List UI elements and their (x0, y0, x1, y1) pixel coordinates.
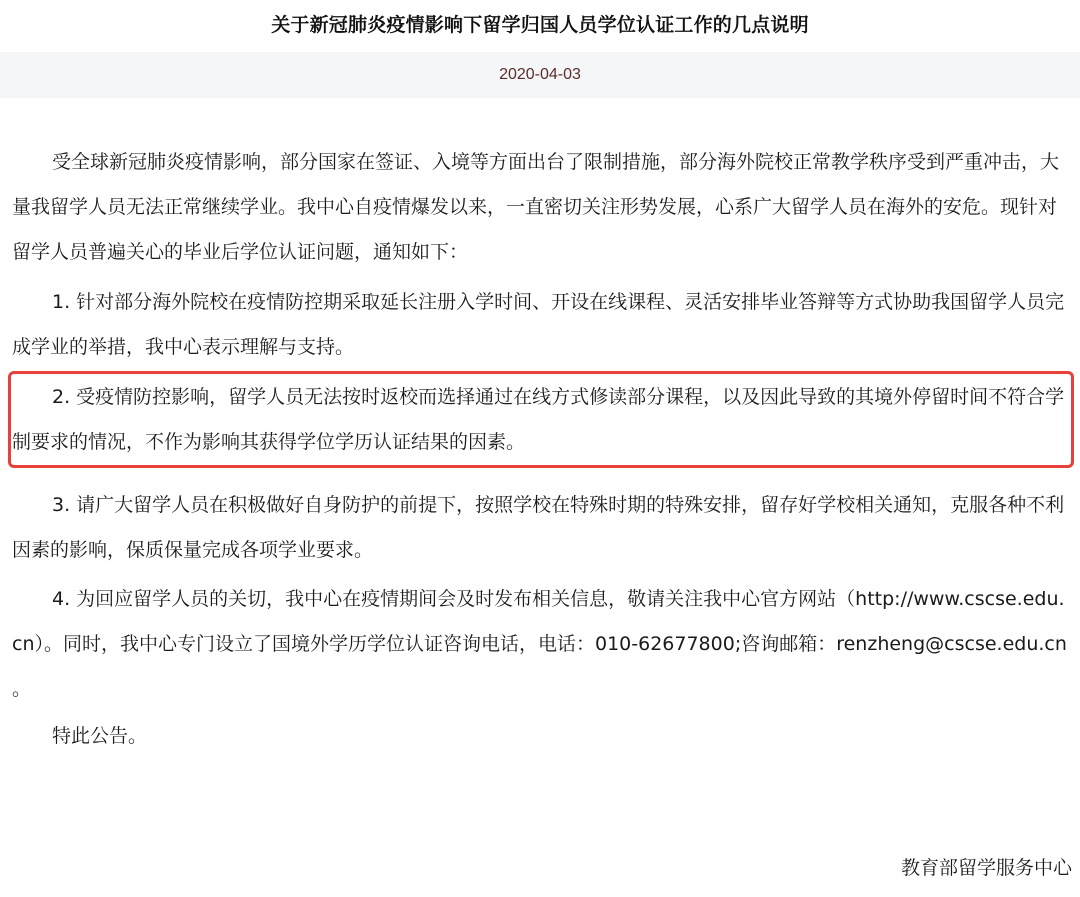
signature: 教育部留学服务中心 (901, 852, 1072, 884)
item-paragraph-4: 4. 为回应留学人员的关切，我中心在疫情期间会及时发布相关信息，敬请关注我中心官… (12, 577, 1074, 712)
page-title: 关于新冠肺炎疫情影响下留学归国人员学位认证工作的几点说明 (0, 8, 1080, 42)
item-paragraph-3: 3. 请广大留学人员在积极做好自身防护的前提下，按照学校在特殊时期的特殊安排，留… (12, 483, 1074, 573)
item-paragraph-2: 2. 受疫情防控影响，留学人员无法按时返校而选择通过在线方式修读部分课程，以及因… (12, 375, 1074, 465)
date-band: 2020-04-03 (0, 52, 1080, 98)
intro-paragraph: 受全球新冠肺炎疫情影响，部分国家在签证、入境等方面出台了限制措施，部分海外院校正… (12, 140, 1074, 275)
closing-paragraph: 特此公告。 (12, 714, 1074, 759)
item-paragraph-1: 1. 针对部分海外院校在疫情防控期采取延长注册入学时间、开设在线课程、灵活安排毕… (12, 280, 1074, 370)
publish-date: 2020-04-03 (0, 52, 1080, 98)
